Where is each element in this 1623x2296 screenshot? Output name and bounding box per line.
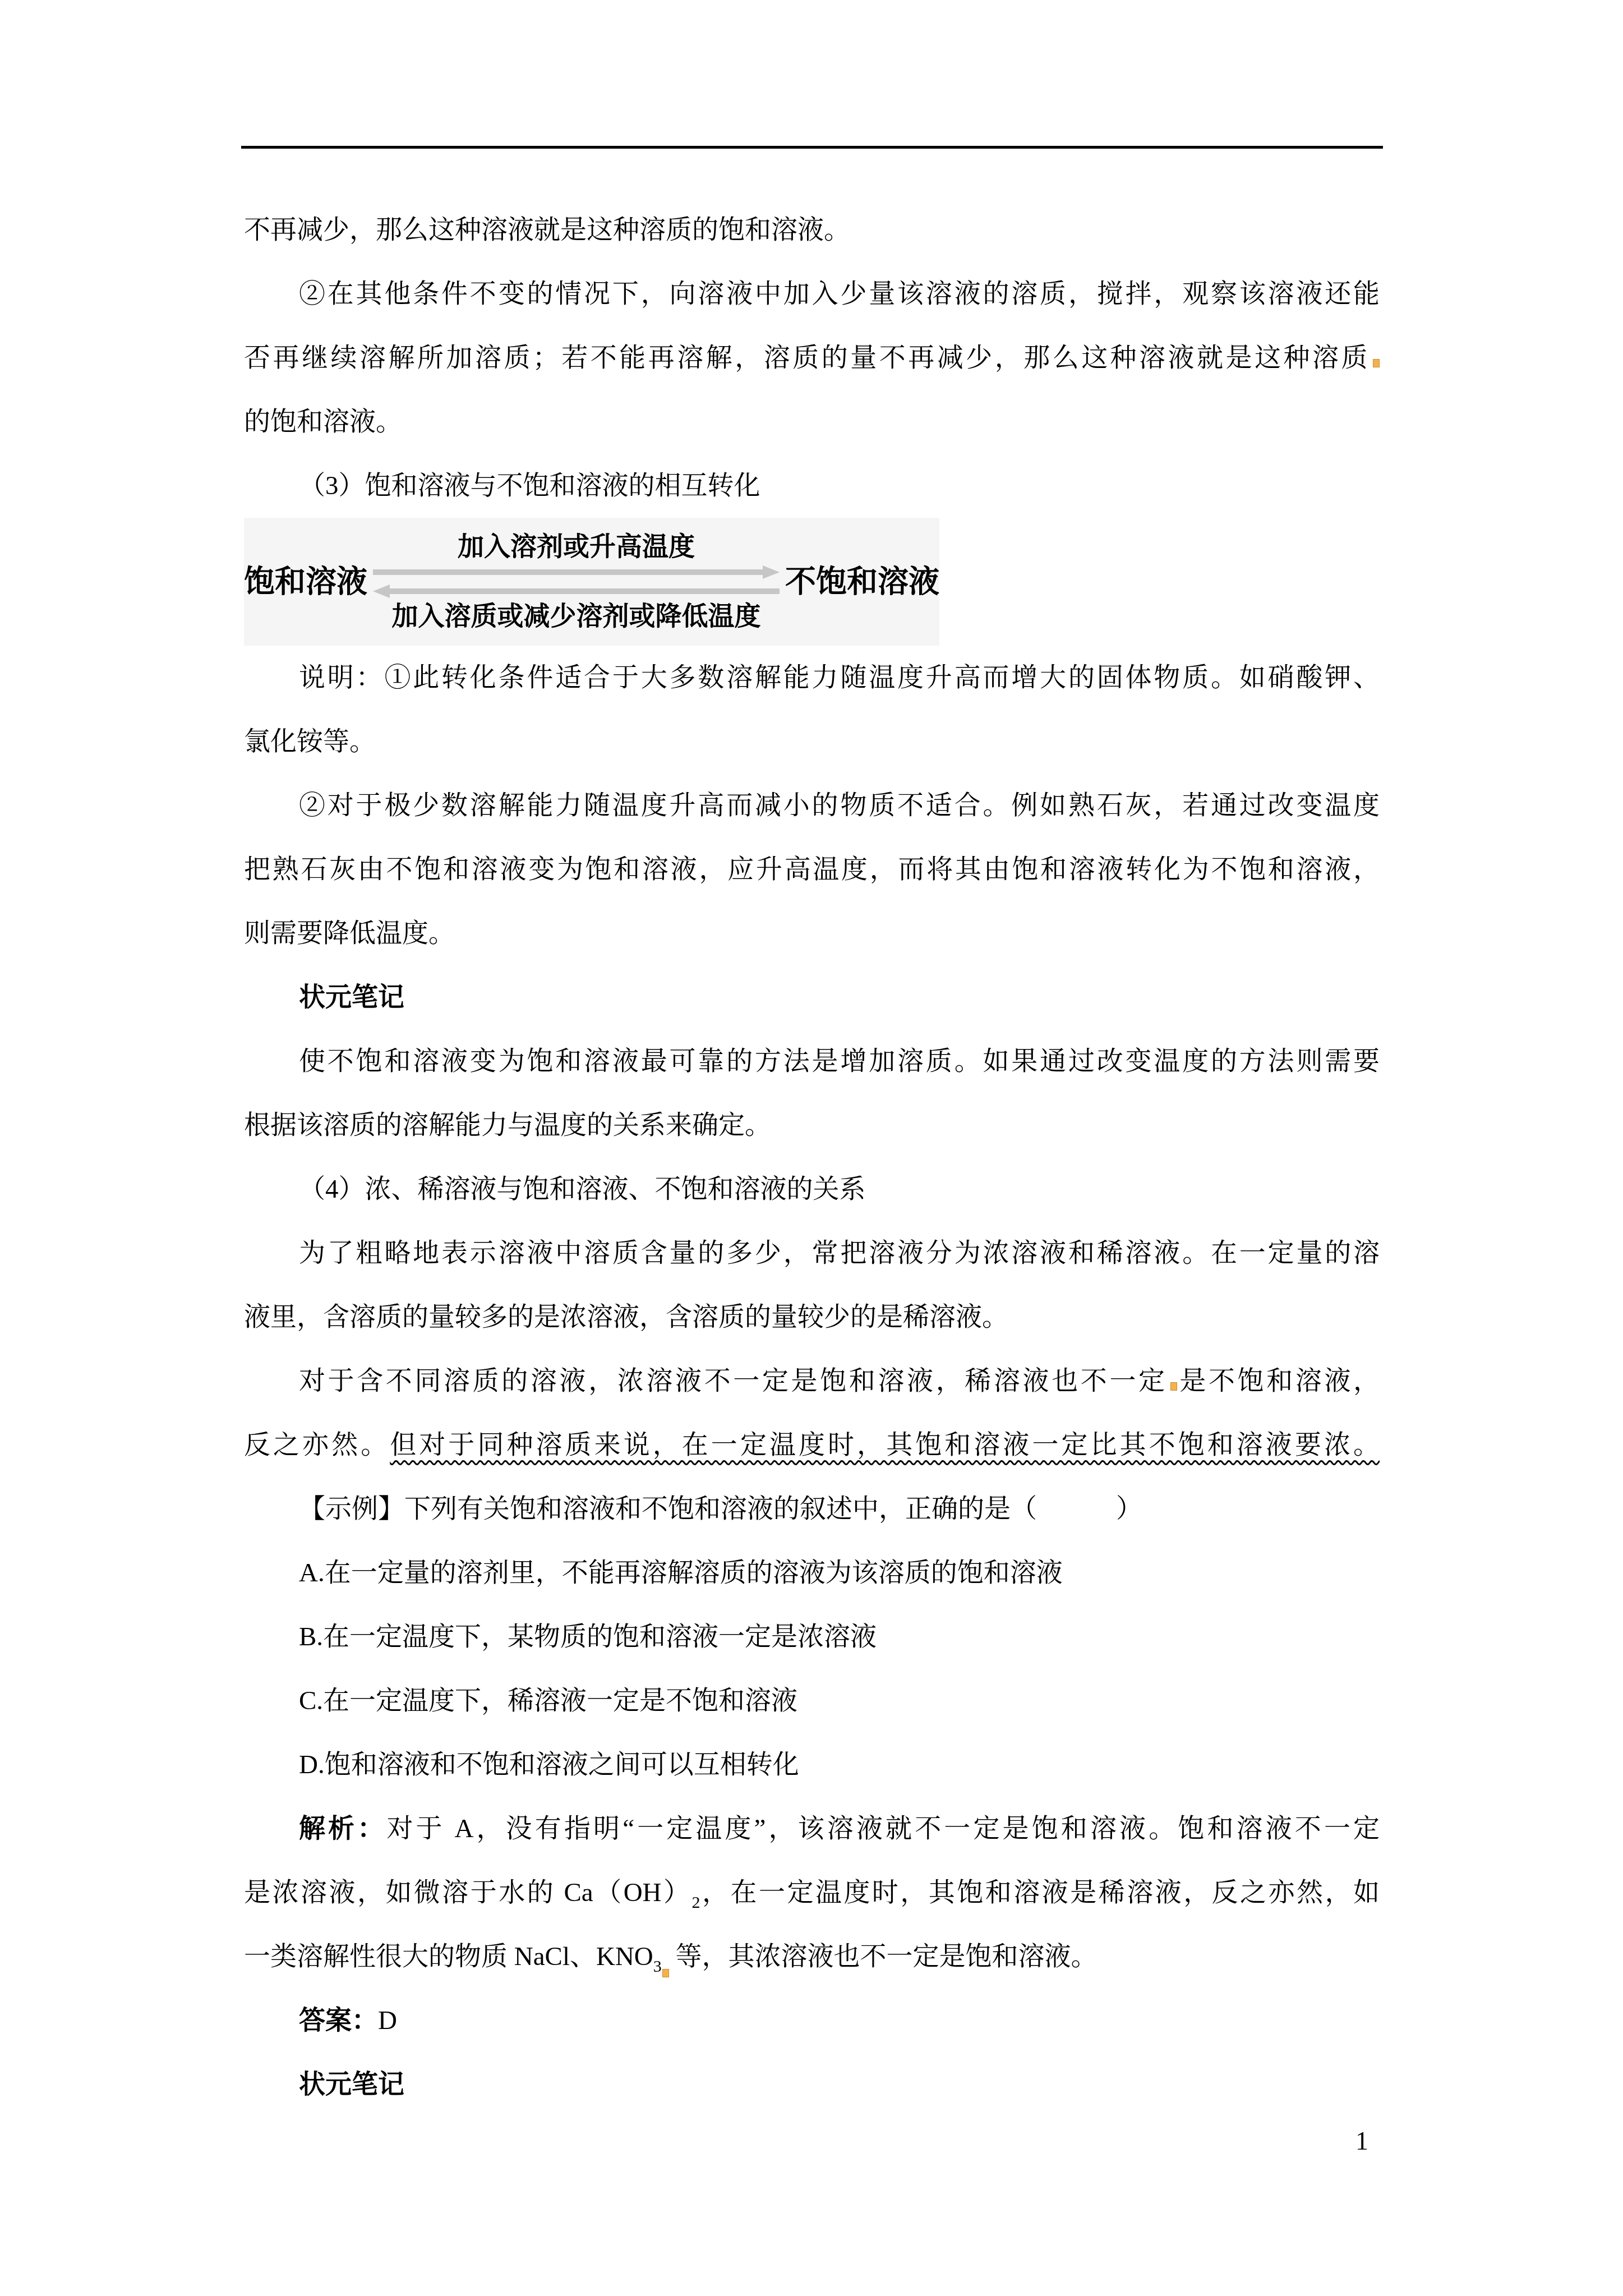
answer-label: 答案： bbox=[299, 2006, 378, 2035]
analysis-text: 等，其浓溶液也不一定是饱和溶液。 bbox=[669, 1942, 1098, 1971]
analysis-text: ，在一定温度时，其饱和溶液是稀溶液，反之亦然，如 bbox=[700, 1878, 1380, 1907]
analysis-text: 是浓溶液，如微溶于水的 Ca（OH） bbox=[244, 1878, 692, 1907]
analysis-label: 解析： bbox=[299, 1814, 386, 1843]
notes-heading: 状元笔记 bbox=[244, 2053, 1380, 2116]
paragraph-line: 否再继续溶解所加溶质；若不能再溶解，溶质的量不再减少，那么这种溶液就是这种溶质 bbox=[244, 326, 1380, 390]
backward-condition-label: 加入溶质或减少溶剂或降低温度 bbox=[392, 601, 761, 632]
analysis-text: 对于 A，没有指明“一定温度”，该溶液就不一定是饱和溶液。饱和溶液不一定 bbox=[386, 1814, 1380, 1843]
speck-artifact bbox=[662, 1969, 669, 1977]
paragraph-line: 不再减少，那么这种溶液就是这种溶质的饱和溶液。 bbox=[244, 198, 1380, 262]
paragraph-text: 反之亦然。 bbox=[244, 1430, 390, 1460]
paragraph-text: 是不饱和溶液， bbox=[1177, 1366, 1380, 1396]
paragraph-line: 根据该溶质的溶解能力与温度的关系来确定。 bbox=[244, 1093, 1380, 1157]
answer-line: 答案：D bbox=[244, 1989, 1380, 2053]
unsaturated-solution-label: 不饱和溶液 bbox=[785, 565, 939, 599]
double-arrow bbox=[373, 565, 780, 598]
left-arrow bbox=[373, 585, 780, 598]
analysis-line: 解析：对于 A，没有指明“一定温度”，该溶液就不一定是饱和溶液。饱和溶液不一定 bbox=[244, 1797, 1380, 1861]
paragraph-line: 把熟石灰由不饱和溶液变为饱和溶液，应升高温度，而将其由饱和溶液转化为不饱和溶液， bbox=[244, 838, 1380, 901]
header-rule bbox=[241, 146, 1383, 149]
forward-condition-label: 加入溶剂或升高温度 bbox=[458, 532, 695, 562]
paragraph-line: 使不饱和溶液变为饱和溶液最可靠的方法是增加溶质。如果通过改变温度的方法则需要 bbox=[244, 1029, 1380, 1093]
option-d: D.饱和溶液和不饱和溶液之间可以互相转化 bbox=[244, 1733, 1380, 1797]
paragraph-line: 对于含不同溶质的溶液，浓溶液不一定是饱和溶液，稀溶液也不一定是不饱和溶液， bbox=[244, 1349, 1380, 1413]
analysis-text: 一类溶解性很大的物质 NaCl、KNO bbox=[244, 1942, 653, 1971]
speck-artifact bbox=[1373, 359, 1380, 367]
analysis-line: 一类溶解性很大的物质 NaCl、KNO3 等，其浓溶液也不一定是饱和溶液。 bbox=[244, 1925, 1380, 1989]
right-arrowhead-icon bbox=[763, 565, 780, 579]
option-a: A.在一定量的溶剂里，不能再溶解溶质的溶液为该溶质的饱和溶液 bbox=[244, 1541, 1380, 1605]
document-page: 不再减少，那么这种溶液就是这种溶质的饱和溶液。 ②在其他条件不变的情况下，向溶液… bbox=[0, 0, 1623, 2296]
answer-value: D bbox=[378, 2006, 397, 2035]
paragraph-line: 氯化铵等。 bbox=[244, 710, 1380, 774]
section-heading-4: （4）浓、稀溶液与饱和溶液、不饱和溶液的关系 bbox=[244, 1157, 1380, 1221]
subscript-2: 2 bbox=[692, 1893, 700, 1912]
saturated-solution-label: 饱和溶液 bbox=[244, 565, 367, 599]
analysis-line: 是浓溶液，如微溶于水的 Ca（OH）2，在一定温度时，其饱和溶液是稀溶液，反之亦… bbox=[244, 1861, 1380, 1925]
page-number: 1 bbox=[1200, 2125, 1368, 2157]
wavy-underlined-text: 但对于同种溶质来说，在一定温度时，其饱和溶液一定比其不饱和溶液要浓。 bbox=[390, 1430, 1380, 1460]
paragraph-line: 液里，含溶质的量较多的是浓溶液，含溶质的量较少的是稀溶液。 bbox=[244, 1285, 1380, 1349]
paragraph-line: ②在其他条件不变的情况下，向溶液中加入少量该溶液的溶质，搅拌，观察该溶液还能 bbox=[244, 262, 1380, 326]
right-arrow-shaft bbox=[373, 569, 763, 575]
option-b: B.在一定温度下，某物质的饱和溶液一定是浓溶液 bbox=[244, 1605, 1380, 1669]
left-arrow-shaft bbox=[390, 588, 780, 594]
paragraph-line: 则需要降低温度。 bbox=[244, 901, 1380, 965]
paragraph-line: 反之亦然。但对于同种溶质来说，在一定温度时，其饱和溶液一定比其不饱和溶液要浓。 bbox=[244, 1413, 1380, 1477]
paragraph-text: 否再继续溶解所加溶质；若不能再溶解，溶质的量不再减少，那么这种溶液就是这种溶质 bbox=[244, 343, 1370, 372]
saturation-conversion-diagram: 饱和溶液 加入溶剂或升高温度 加入溶质或减少溶剂或降低温度 不饱和溶液 bbox=[244, 518, 939, 646]
left-arrowhead-icon bbox=[373, 585, 390, 598]
paragraph-line: ②对于极少数溶解能力随温度升高而减小的物质不适合。例如熟石灰，若通过改变温度 bbox=[244, 774, 1380, 838]
notes-heading: 状元笔记 bbox=[244, 965, 1380, 1029]
example-question-line: 【示例】下列有关饱和溶液和不饱和溶液的叙述中，正确的是（ ） bbox=[244, 1477, 1380, 1541]
paragraph-line: 为了粗略地表示溶液中溶质含量的多少，常把溶液分为浓溶液和稀溶液。在一定量的溶 bbox=[244, 1221, 1380, 1285]
right-arrow bbox=[373, 565, 780, 579]
subscript-3: 3 bbox=[653, 1957, 662, 1976]
section-heading-3: （3）饱和溶液与不饱和溶液的相互转化 bbox=[244, 454, 1380, 518]
paragraph-text: 对于含不同溶质的溶液，浓溶液不一定是饱和溶液，稀溶液也不一定 bbox=[299, 1366, 1168, 1396]
paragraph-line: 的饱和溶液。 bbox=[244, 390, 1380, 454]
option-c: C.在一定温度下，稀溶液一定是不饱和溶液 bbox=[244, 1669, 1380, 1733]
speck-artifact bbox=[1170, 1382, 1177, 1391]
document-body: 不再减少，那么这种溶液就是这种溶质的饱和溶液。 ②在其他条件不变的情况下，向溶液… bbox=[244, 198, 1380, 2116]
diagram-center: 加入溶剂或升高温度 加入溶质或减少溶剂或降低温度 bbox=[373, 532, 780, 632]
paragraph-line: 说明：①此转化条件适合于大多数溶解能力随温度升高而增大的固体物质。如硝酸钾、 bbox=[244, 646, 1380, 710]
